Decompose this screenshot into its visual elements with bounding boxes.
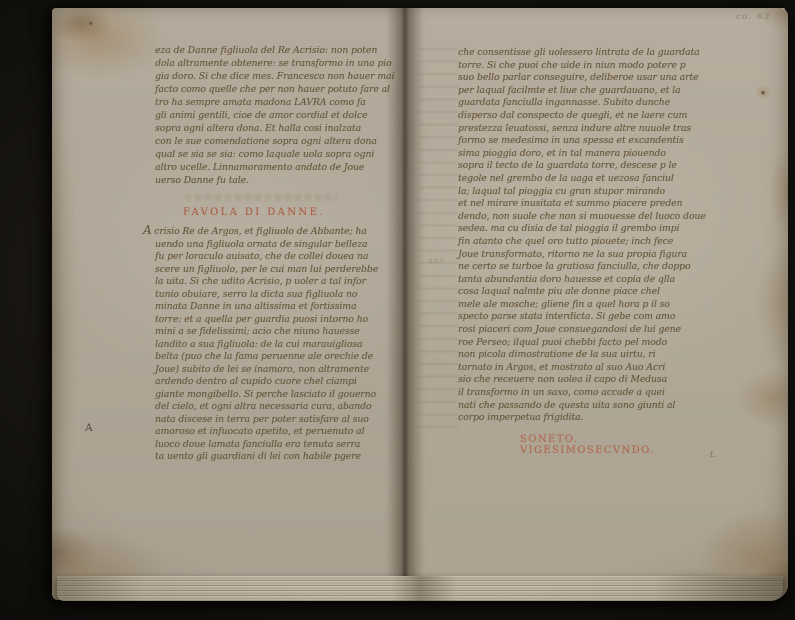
manuscript-line: uendo una figliuola ornata de singular b…	[155, 239, 395, 252]
manuscript-line: disperso dal conspecto de quegli, et ne …	[458, 110, 704, 123]
manuscript-line: nati che passando de questa uita sono gi…	[458, 400, 704, 413]
manuscript-line: giante mongibello. Si perche lasciato il…	[155, 389, 395, 402]
manuscript-line: specto parse stata interdicta. Si gebe c…	[458, 311, 704, 324]
manuscript-line: et nel mirare inusitata et summo piacere…	[458, 198, 704, 211]
manuscript-line: fin atanto che quel oro tutto piouete; i…	[458, 236, 704, 249]
manuscript-line: uerso Danne fu tale.	[155, 174, 395, 187]
margin-letter-a: A	[85, 422, 93, 434]
manuscript-line: torre. Si che puoi che uide in niun modo…	[458, 60, 704, 73]
manuscript-line: belta (puo che la fama peruenne ale orec…	[155, 351, 395, 364]
left-text-block: eza de Danne figliuola del Re Acrisio: n…	[155, 44, 395, 464]
manuscript-line: il transformo in un saxo, como accade a …	[458, 387, 704, 400]
manuscript-line: con le sue comendatione sopra ogni alter…	[155, 135, 395, 148]
manuscript-line: minata Danne in una altissima et fortiss…	[155, 301, 395, 314]
manuscript-line: rosi piaceri com Joue consuegandosi de l…	[458, 324, 704, 337]
manuscript-line: luoco doue lamata fanciulla era tenuta s…	[155, 439, 395, 452]
manuscript-line: facto como quelle che per non hauer potu…	[155, 83, 395, 96]
manuscript-line: dendo, non suole che non si muouesse del…	[458, 211, 704, 224]
right-text-block: che consentisse gli uolessero lintrata d…	[458, 47, 704, 456]
manuscript-line: scere un figliuolo, per le cui man lui p…	[155, 264, 395, 277]
manuscript-line: ardendo dentro al cupido cuore chel ciam…	[155, 376, 395, 389]
right-rubric-heading: SONETO. VIGESIMOSECVNDO.	[520, 434, 704, 456]
manuscript-line: fu per loraculo auisato, che de collei d…	[155, 251, 395, 264]
folio-number: co. 63	[736, 12, 771, 22]
manuscript-line: eza de Danne figliuola del Re Acrisio: n…	[155, 44, 395, 57]
manuscript-line: prestezza leuatossi, senza indure altre …	[458, 123, 704, 136]
manuscript-line: tro ha sempre amata madona LAVRA como fa	[155, 96, 395, 109]
manuscript-line: corpo imperpetua frigidita.	[458, 412, 704, 425]
manuscript-line: la; laqual tal pioggia cu gran stupor mi…	[458, 186, 704, 199]
manuscript-line: tornato in Argos, et mostrato al suo Auo…	[458, 362, 704, 375]
manuscript-line: sedea. ma cu disia de tal pioggia il gre…	[458, 223, 704, 236]
left-rubric-heading: FAVOLA DI DANNE.	[183, 206, 395, 220]
manuscript-line: dola altramente obtenere: se transformo …	[155, 57, 395, 70]
margin-note: anv	[428, 256, 445, 265]
page-edges-stack	[57, 576, 783, 601]
manuscript-photo: eza de Danne figliuola del Re Acrisio: n…	[0, 0, 795, 620]
manuscript-line: sima pioggia doro, et in tal manera piou…	[458, 148, 704, 161]
manuscript-line: sopra ogni altera dona. Et halla cosi in…	[155, 122, 395, 135]
erased-line	[185, 194, 337, 201]
right-page: co. 63 anv che consentisse gli uolessero…	[404, 8, 788, 600]
manuscript-line: Acrisio Re de Argos, et figliuolo de Abb…	[143, 224, 395, 239]
manuscript-line: amoroso et infuocato apetito, et peruenu…	[155, 426, 395, 439]
manuscript-line: qual se sia se sia: como laquale uola so…	[155, 148, 395, 161]
manuscript-line: nata discese in terra per poter satisfar…	[155, 414, 395, 427]
manuscript-line: che consentisse gli uolessero lintrata d…	[458, 47, 704, 60]
manuscript-line: landito a sua figliuola: de la cui marau…	[155, 339, 395, 352]
manuscript-line: mele ale mosche; gliene fin a quel hora …	[458, 299, 704, 312]
manuscript-line: ta uento gli guardiani di lei con habile…	[155, 451, 395, 464]
manuscript-line: la uita. Si che udito Acrisio, p uoler a…	[155, 276, 395, 289]
manuscript-line: tunio obuiare, serro la dicta sua figliu…	[155, 289, 395, 302]
manuscript-line: formo se medesimo in una spessa et excan…	[458, 135, 704, 148]
left-page: eza de Danne figliuola del Re Acrisio: n…	[52, 8, 404, 600]
manuscript-line: guardata fanciulla ingannasse. Subito du…	[458, 97, 704, 110]
corner-mark: t.	[710, 450, 716, 460]
manuscript-line: tegole nel grembo de la uaga et uezosa f…	[458, 173, 704, 186]
open-book: eza de Danne figliuola del Re Acrisio: n…	[52, 8, 788, 600]
manuscript-line: gli animi gentili, cioe de amor cordial …	[155, 109, 395, 122]
left-paragraph-intro: eza de Danne figliuola del Re Acrisio: n…	[155, 44, 395, 187]
manuscript-line: gia doro. Si che dice mes. Francesco non…	[155, 70, 395, 83]
manuscript-line: roe Perseo; ilqual puoi chebbi facto pel…	[458, 337, 704, 350]
manuscript-line: altro ucelle. Linnamoramento andato de J…	[155, 161, 395, 174]
left-paragraph-fable: Acrisio Re de Argos, et figliuolo de Abb…	[155, 224, 395, 464]
manuscript-line: Joue) subito de lei se inamoro, non altr…	[155, 364, 395, 377]
manuscript-line: Joue transformato, ritorno ne la sua pro…	[458, 249, 704, 262]
manuscript-line: sio che receuere non uolea il capo di Me…	[458, 374, 704, 387]
right-paragraph: che consentisse gli uolessero lintrata d…	[458, 47, 704, 425]
manuscript-line: non picola dimostratione de la sua uirtu…	[458, 349, 704, 362]
manuscript-line: cosa laqual nalmte piu ale donne piace c…	[458, 286, 704, 299]
manuscript-line: sopra il tecto de la guardata torre, des…	[458, 160, 704, 173]
manuscript-line: torre: et a quella per guardia puosi int…	[155, 314, 395, 327]
manuscript-line: suo bello parlar conseguire, deliberoe u…	[458, 72, 704, 85]
manuscript-line: mini a se fidelissimi; acio che niuno ha…	[155, 326, 395, 339]
manuscript-line: ne certo se turboe la gratiosa fanciulla…	[458, 261, 704, 274]
manuscript-line: del cielo, et ogni altra necessaria cura…	[155, 401, 395, 414]
manuscript-line: per laqual facilmte et liue che guardaua…	[458, 85, 704, 98]
manuscript-line: tanta abundantia doro hauesse et copia d…	[458, 274, 704, 287]
